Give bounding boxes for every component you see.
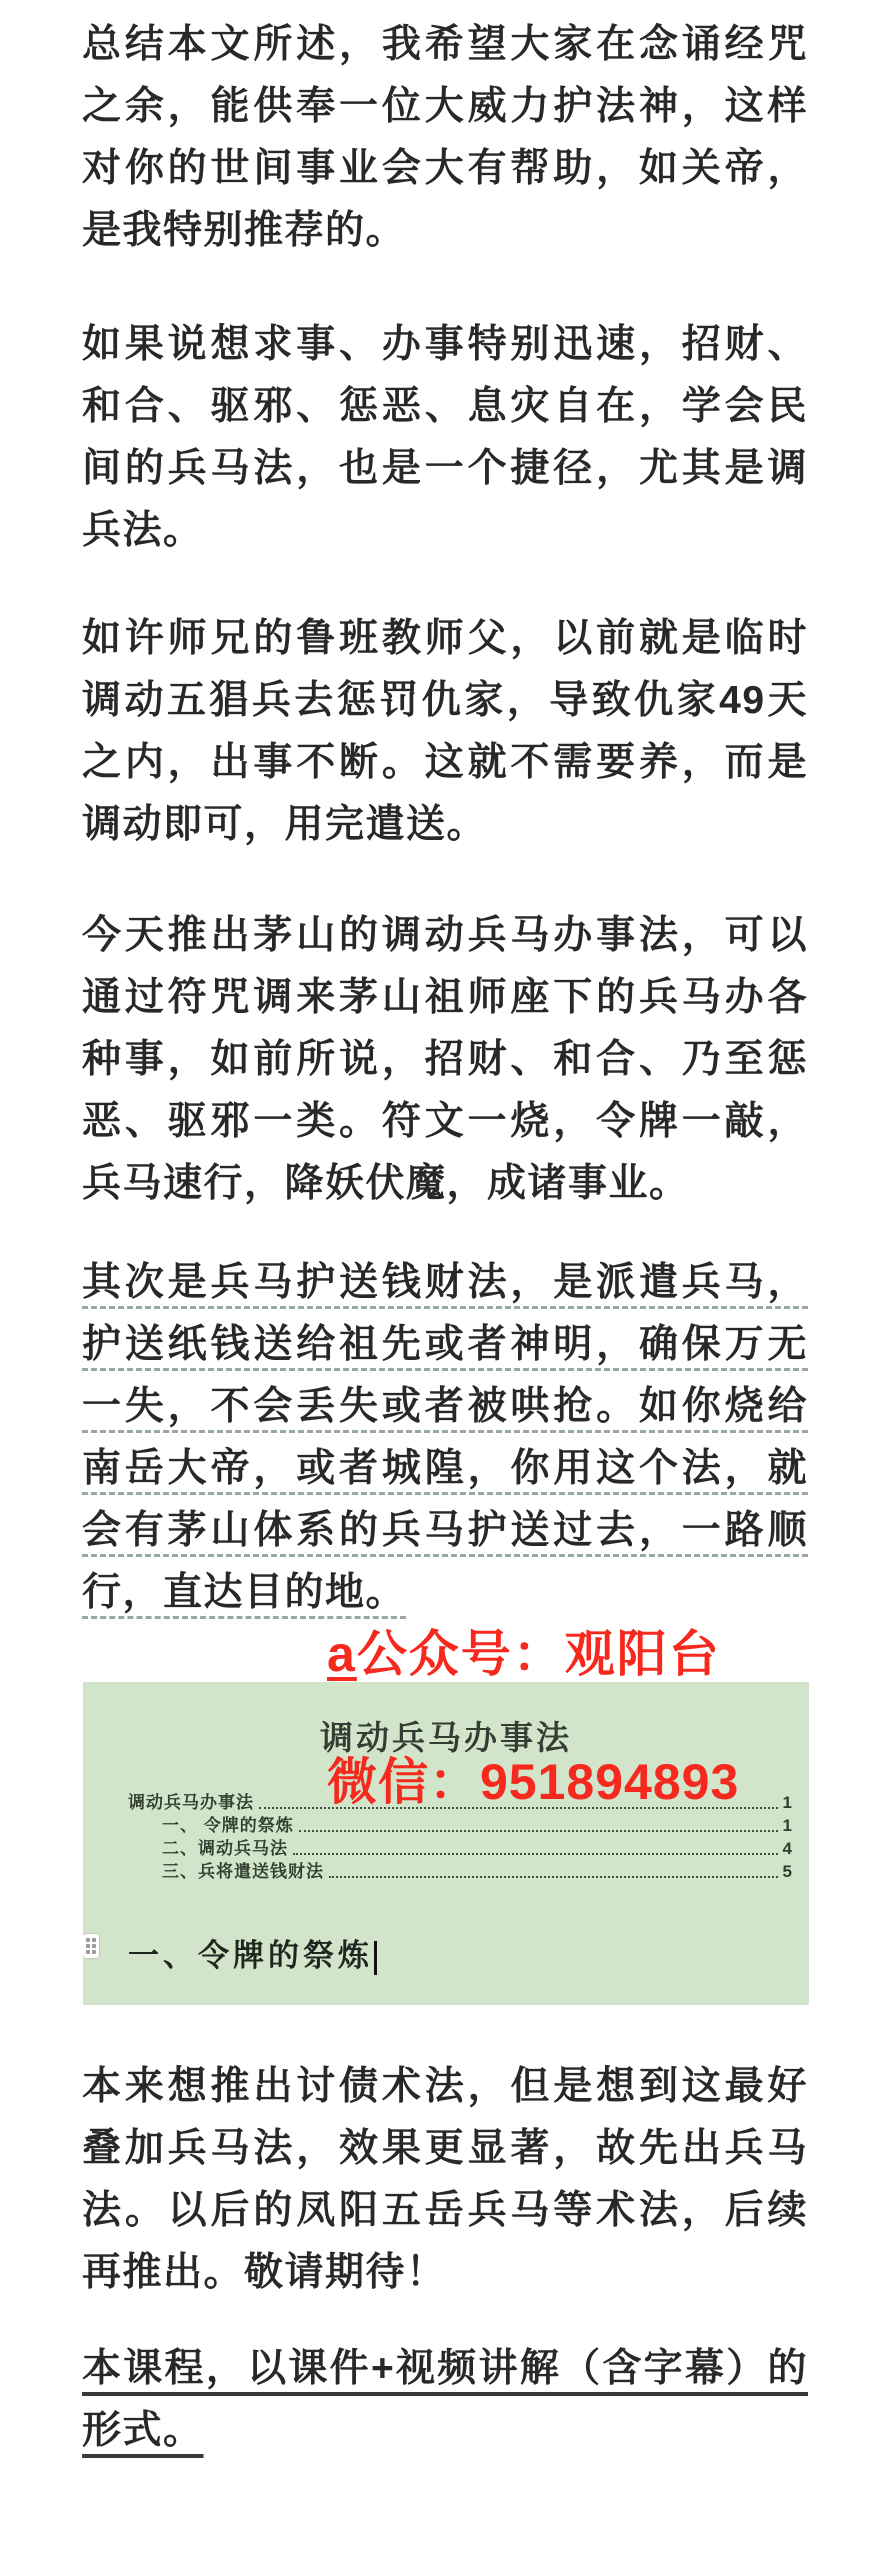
watermark-gongzhonghao-text: 公众号：观阳台 bbox=[357, 1626, 721, 1682]
paragraph-course-format-underlined: 本课程，以课件+视频讲解（含字幕）的形式。 bbox=[82, 2338, 808, 2462]
toc-row: 三、兵将遣送钱财法 5 bbox=[128, 1859, 793, 1882]
table-of-contents: 调动兵马办事法 1 一、 令牌的祭炼 1 二、调动兵马法 4 三、兵将遣送钱财法 bbox=[128, 1790, 793, 1882]
toc-row: 调动兵马办事法 1 bbox=[128, 1790, 793, 1813]
toc-page-number: 1 bbox=[783, 1816, 793, 1836]
toc-page-number: 1 bbox=[783, 1793, 793, 1813]
toc-label: 二、调动兵马法 bbox=[162, 1834, 288, 1859]
toc-page-number: 4 bbox=[783, 1839, 793, 1859]
toc-row: 一、 令牌的祭炼 1 bbox=[128, 1813, 793, 1836]
toc-label: 调动兵马办事法 bbox=[128, 1788, 254, 1813]
toc-dotted-leader bbox=[299, 1830, 778, 1832]
paragraph-summary: 总结本文所述，我希望大家在念诵经咒之余，能供奉一位大威力护法神，这样对你的世间事… bbox=[82, 14, 808, 262]
embedded-doc-image[interactable]: 调动兵马办事法 微信：951894893 调动兵马办事法 1 一、 令牌的祭炼 … bbox=[83, 1682, 809, 2005]
section-heading: 一、令牌的祭炼 bbox=[128, 1930, 377, 1975]
toc-label: 三、兵将遣送钱财法 bbox=[162, 1857, 324, 1882]
watermark-gongzhonghao-line: a公众号：观阳台 bbox=[327, 1626, 808, 1682]
toc-row: 二、调动兵马法 4 bbox=[128, 1836, 793, 1859]
toc-label: 一、 令牌的祭炼 bbox=[162, 1811, 294, 1836]
toc-page-number: 5 bbox=[783, 1862, 793, 1882]
toc-dotted-leader bbox=[259, 1807, 778, 1809]
section-heading-text: 一、令牌的祭炼 bbox=[128, 1938, 373, 1973]
paragraph-bingmafa-intro: 如果说想求事、办事特别迅速，招财、和合、驱邪、惩恶、息灾自在，学会民间的兵马法，… bbox=[82, 314, 808, 562]
article-page: 总结本文所述，我希望大家在念诵经咒之余，能供奉一位大威力护法神，这样对你的世间事… bbox=[0, 0, 890, 2560]
text-cursor bbox=[374, 1941, 377, 1975]
paragraph-maoshan-method: 今天推出茅山的调动兵马办事法，可以通过符咒调来茅山祖师座下的兵马办各种事，如前所… bbox=[82, 905, 808, 1215]
paragraph-escort-money-underlined: 其次是兵马护送钱财法，是派遣兵马，护送纸钱送给祖先或者神明，确保万无一失，不会丢… bbox=[82, 1252, 808, 1624]
toc-dotted-leader bbox=[293, 1853, 778, 1855]
paragraph-handle-icon bbox=[83, 1934, 99, 1958]
watermark-prefix: a bbox=[327, 1626, 357, 1682]
article-body: 总结本文所述，我希望大家在念诵经咒之余，能供奉一位大威力护法神，这样对你的世间事… bbox=[0, 14, 890, 2462]
paragraph-luban-example: 如许师兄的鲁班教师父，以前就是临时调动五猖兵去惩罚仇家，导致仇家49天之内，出事… bbox=[82, 608, 808, 856]
toc-dotted-leader bbox=[329, 1876, 778, 1878]
paragraph-future-plans: 本来想推出讨债术法，但是想到这最好叠加兵马法，效果更显著，故先出兵马法。以后的凤… bbox=[82, 2056, 808, 2304]
